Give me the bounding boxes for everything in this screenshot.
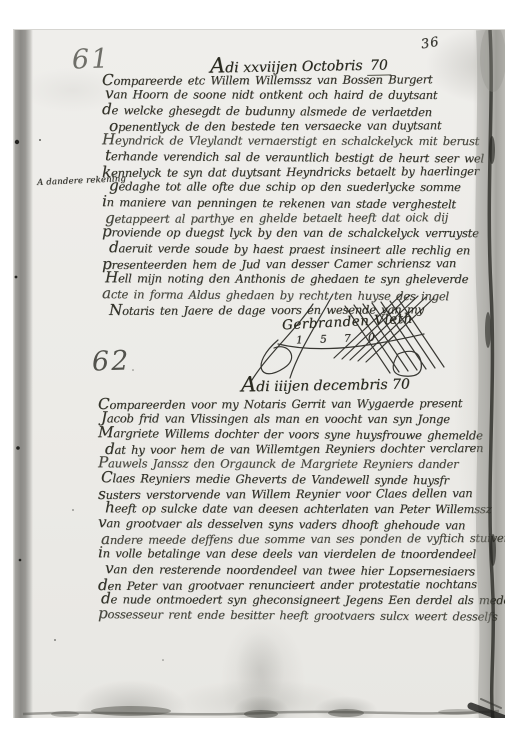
manuscript-line: den Peter van grootvaer renuncieert ande… (98, 576, 482, 593)
folio-number: 36 (420, 35, 441, 53)
entry-62-heading-text: Adi iiijen decembris (241, 377, 388, 396)
manuscript-page: 36 61 Adi xxviijen Octobris 70 A dandere… (13, 29, 505, 718)
signature-year: 1 5 7 0 (296, 332, 382, 347)
entry-62-heading-year: 70 (392, 377, 410, 393)
manuscript-line: Pauwels Janssz den Orgaunck de Margriete… (98, 455, 482, 471)
entry-61-text: Compareerde etc Willem Willemssz van Bos… (102, 72, 482, 318)
manuscript-line: Hell mijn noting den Anthonis de ghedaen… (102, 271, 482, 287)
manuscript-line: Heyndrick de Vleylandt vernaerstigt en s… (102, 133, 482, 149)
signature-name: Gerbranden Vleth (282, 311, 414, 334)
manuscript-line: van Hoorn de soone nidt ontkent och hair… (102, 87, 482, 103)
manuscript-line: in volle betalinge van dese deels van vi… (98, 546, 482, 562)
entry-62-number: 62 (91, 345, 130, 377)
manuscript-line: de nude ontmoedert syn gheconsigneert Je… (98, 591, 482, 607)
scanned-manuscript-screenshot: 36 61 Adi xxviijen Octobris 70 A dandere… (0, 0, 512, 754)
binding-edge (13, 30, 33, 718)
manuscript-line: Jacob frid van Vlissingen als man en voo… (98, 410, 482, 426)
entry-62-heading: Adi iiijen decembris 70 (241, 370, 410, 397)
manuscript-line: possesseur rent ende besitter heeft groo… (98, 606, 482, 623)
manuscript-line: gedaghe tot alle ofte due schip op den s… (102, 179, 482, 195)
manuscript-line: heeft op sulcke date van deesen achterla… (98, 501, 482, 517)
entry-62-text: Compareerden voor my Notaris Gerrit van … (98, 396, 482, 622)
manuscript-line: proviende op duegst lyck by den van de s… (102, 225, 482, 241)
